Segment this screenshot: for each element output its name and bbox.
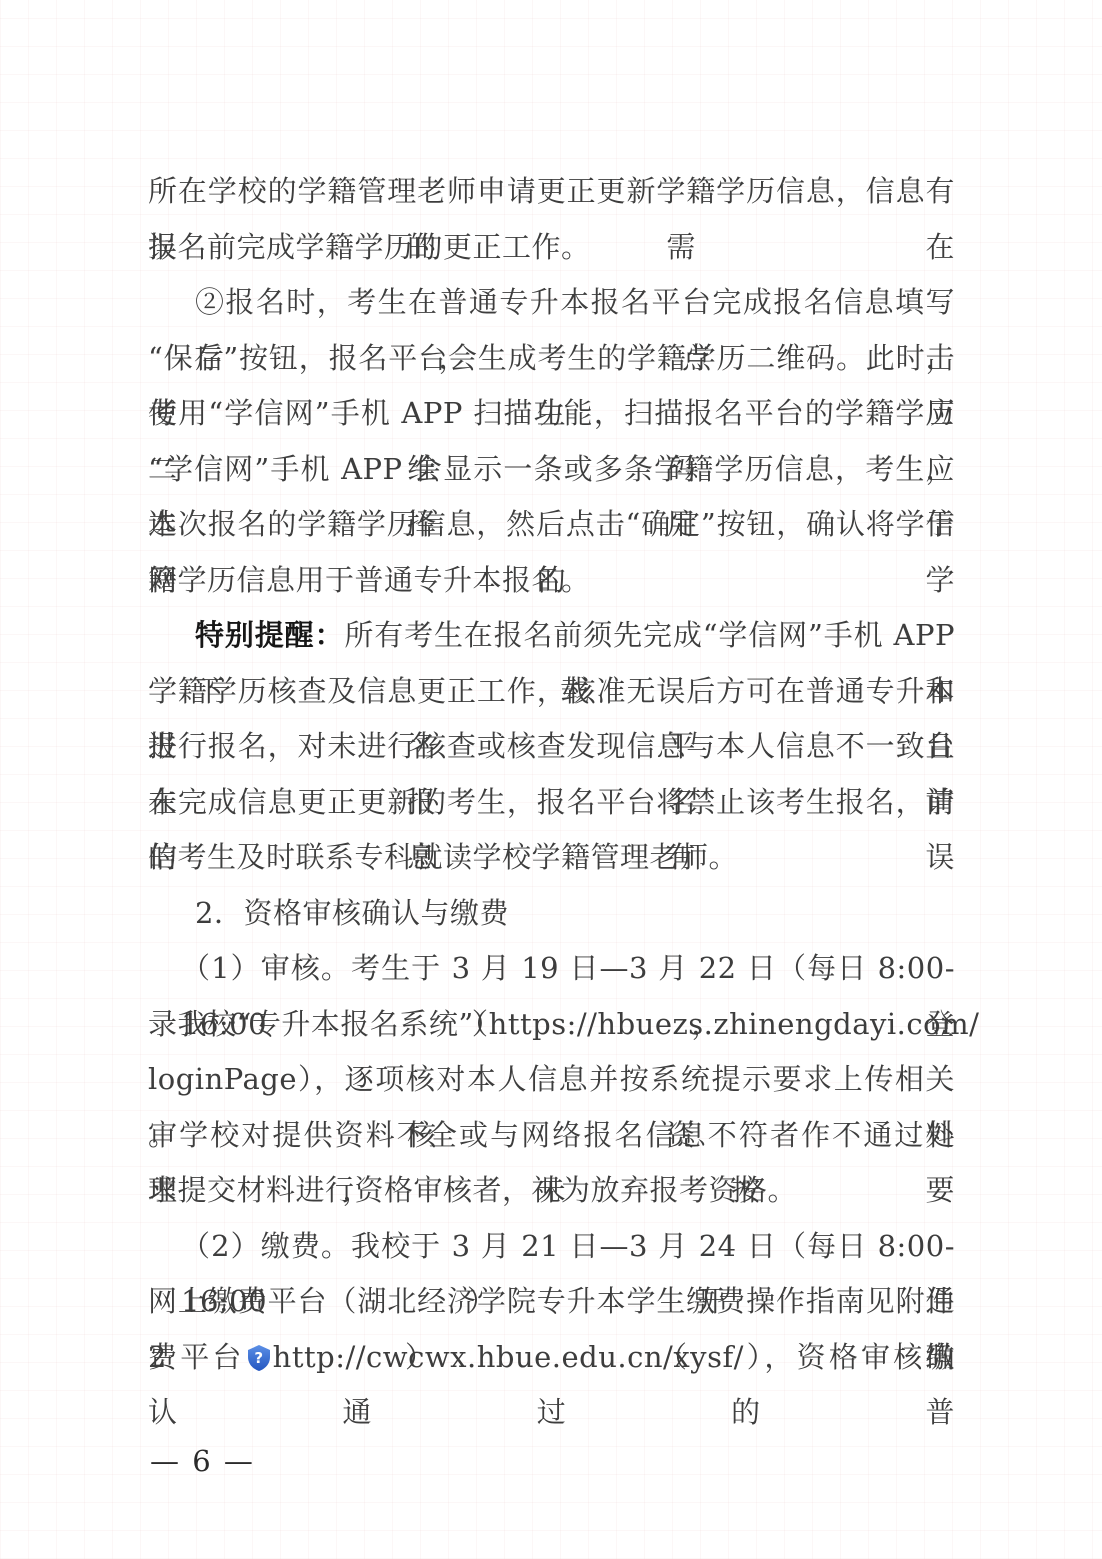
- text-segment: 籍学历信息用于普通专升本报名。: [148, 563, 591, 597]
- text-line: 学籍学历核查及信息更正工作，核准无误后方可在普通专升本报名平台: [148, 664, 955, 720]
- text-segment: 录我校“专升本报名系统”（https://hbuezs.zhinengdayi.…: [148, 1007, 979, 1041]
- svg-text:?: ?: [254, 1349, 263, 1367]
- text-line: 特别提醒：所有考生在报名前须先完成“学信网”手机 APP 下载和: [148, 608, 955, 664]
- text-line: loginPage），逐项核对本人信息并按系统提示要求上传相关审核资料: [148, 1052, 955, 1108]
- text-segment: 求提交材料进行资格审核者，视为放弃报考资格。: [148, 1173, 797, 1207]
- text-line: 所在学校的学籍管理老师申请更正更新学籍学历信息，信息有误的需在: [148, 164, 955, 220]
- text-line: 2．资格审核确认与缴费: [148, 886, 955, 942]
- text-segment: 报名前完成学籍学历的更正工作。: [148, 230, 591, 264]
- text-line: 网上缴费平台（湖北经济学院专升本学生缴费操作指南见附件 2）（缴: [148, 1274, 955, 1330]
- page-number: — 6 —: [150, 1441, 255, 1481]
- document-page: 所在学校的学籍管理老师申请更正更新学籍学历信息，信息有误的需在报名前完成学籍学历…: [0, 0, 1102, 1559]
- text-line: 本次报名的学籍学历信息，然后点击“确定”按钮，确认将学信网的学: [148, 497, 955, 553]
- text-line: “保存”按钮，报名平台会生成考生的学籍学历二维码。此时，考生应: [148, 331, 955, 387]
- text-line: （2）缴费。我校于 3 月 21 日—3 月 24 日（每日 8:00-16:0…: [148, 1219, 955, 1275]
- text-line: 录我校“专升本报名系统”（https://hbuezs.zhinengdayi.…: [148, 997, 955, 1053]
- text-line: 进行报名，对未进行核查或核查发现信息与本人信息不一致且在报名前: [148, 719, 955, 775]
- shield-question-icon: ?: [246, 1335, 272, 1363]
- text-line: 未完成信息更正更新的考生，报名平台将禁止该考生报名，请信息有误: [148, 775, 955, 831]
- text-line: 使用“学信网”手机 APP 扫描功能，扫描报名平台的学籍学历二维码，: [148, 386, 955, 442]
- text-line: 费平台?http://cwcwx.hbue.edu.cn/xysf/），资格审核…: [148, 1330, 955, 1386]
- text-segment: 费平台: [148, 1340, 245, 1374]
- text-line: （1）审核。考生于 3 月 19 日—3 月 22 日（每日 8:00-16:0…: [148, 941, 955, 997]
- bold-text-segment: 特别提醒：: [195, 618, 344, 652]
- text-line: “学信网”手机 APP 会显示一条或多条学籍学历信息，考生应选择用于: [148, 442, 955, 498]
- text-segment: 2．资格审核确认与缴费: [195, 896, 509, 930]
- text-line: 。学校对提供资料不全或与网络报名信息不符者作不通过处理，未按要: [148, 1108, 955, 1164]
- text-segment: 的考生及时联系专科就读学校学籍管理老师。: [148, 840, 738, 874]
- document-body: 所在学校的学籍管理老师申请更正更新学籍学历信息，信息有误的需在报名前完成学籍学历…: [148, 164, 955, 1385]
- text-line: ②报名时，考生在普通专升本报名平台完成报名信息填写后，点击: [148, 275, 955, 331]
